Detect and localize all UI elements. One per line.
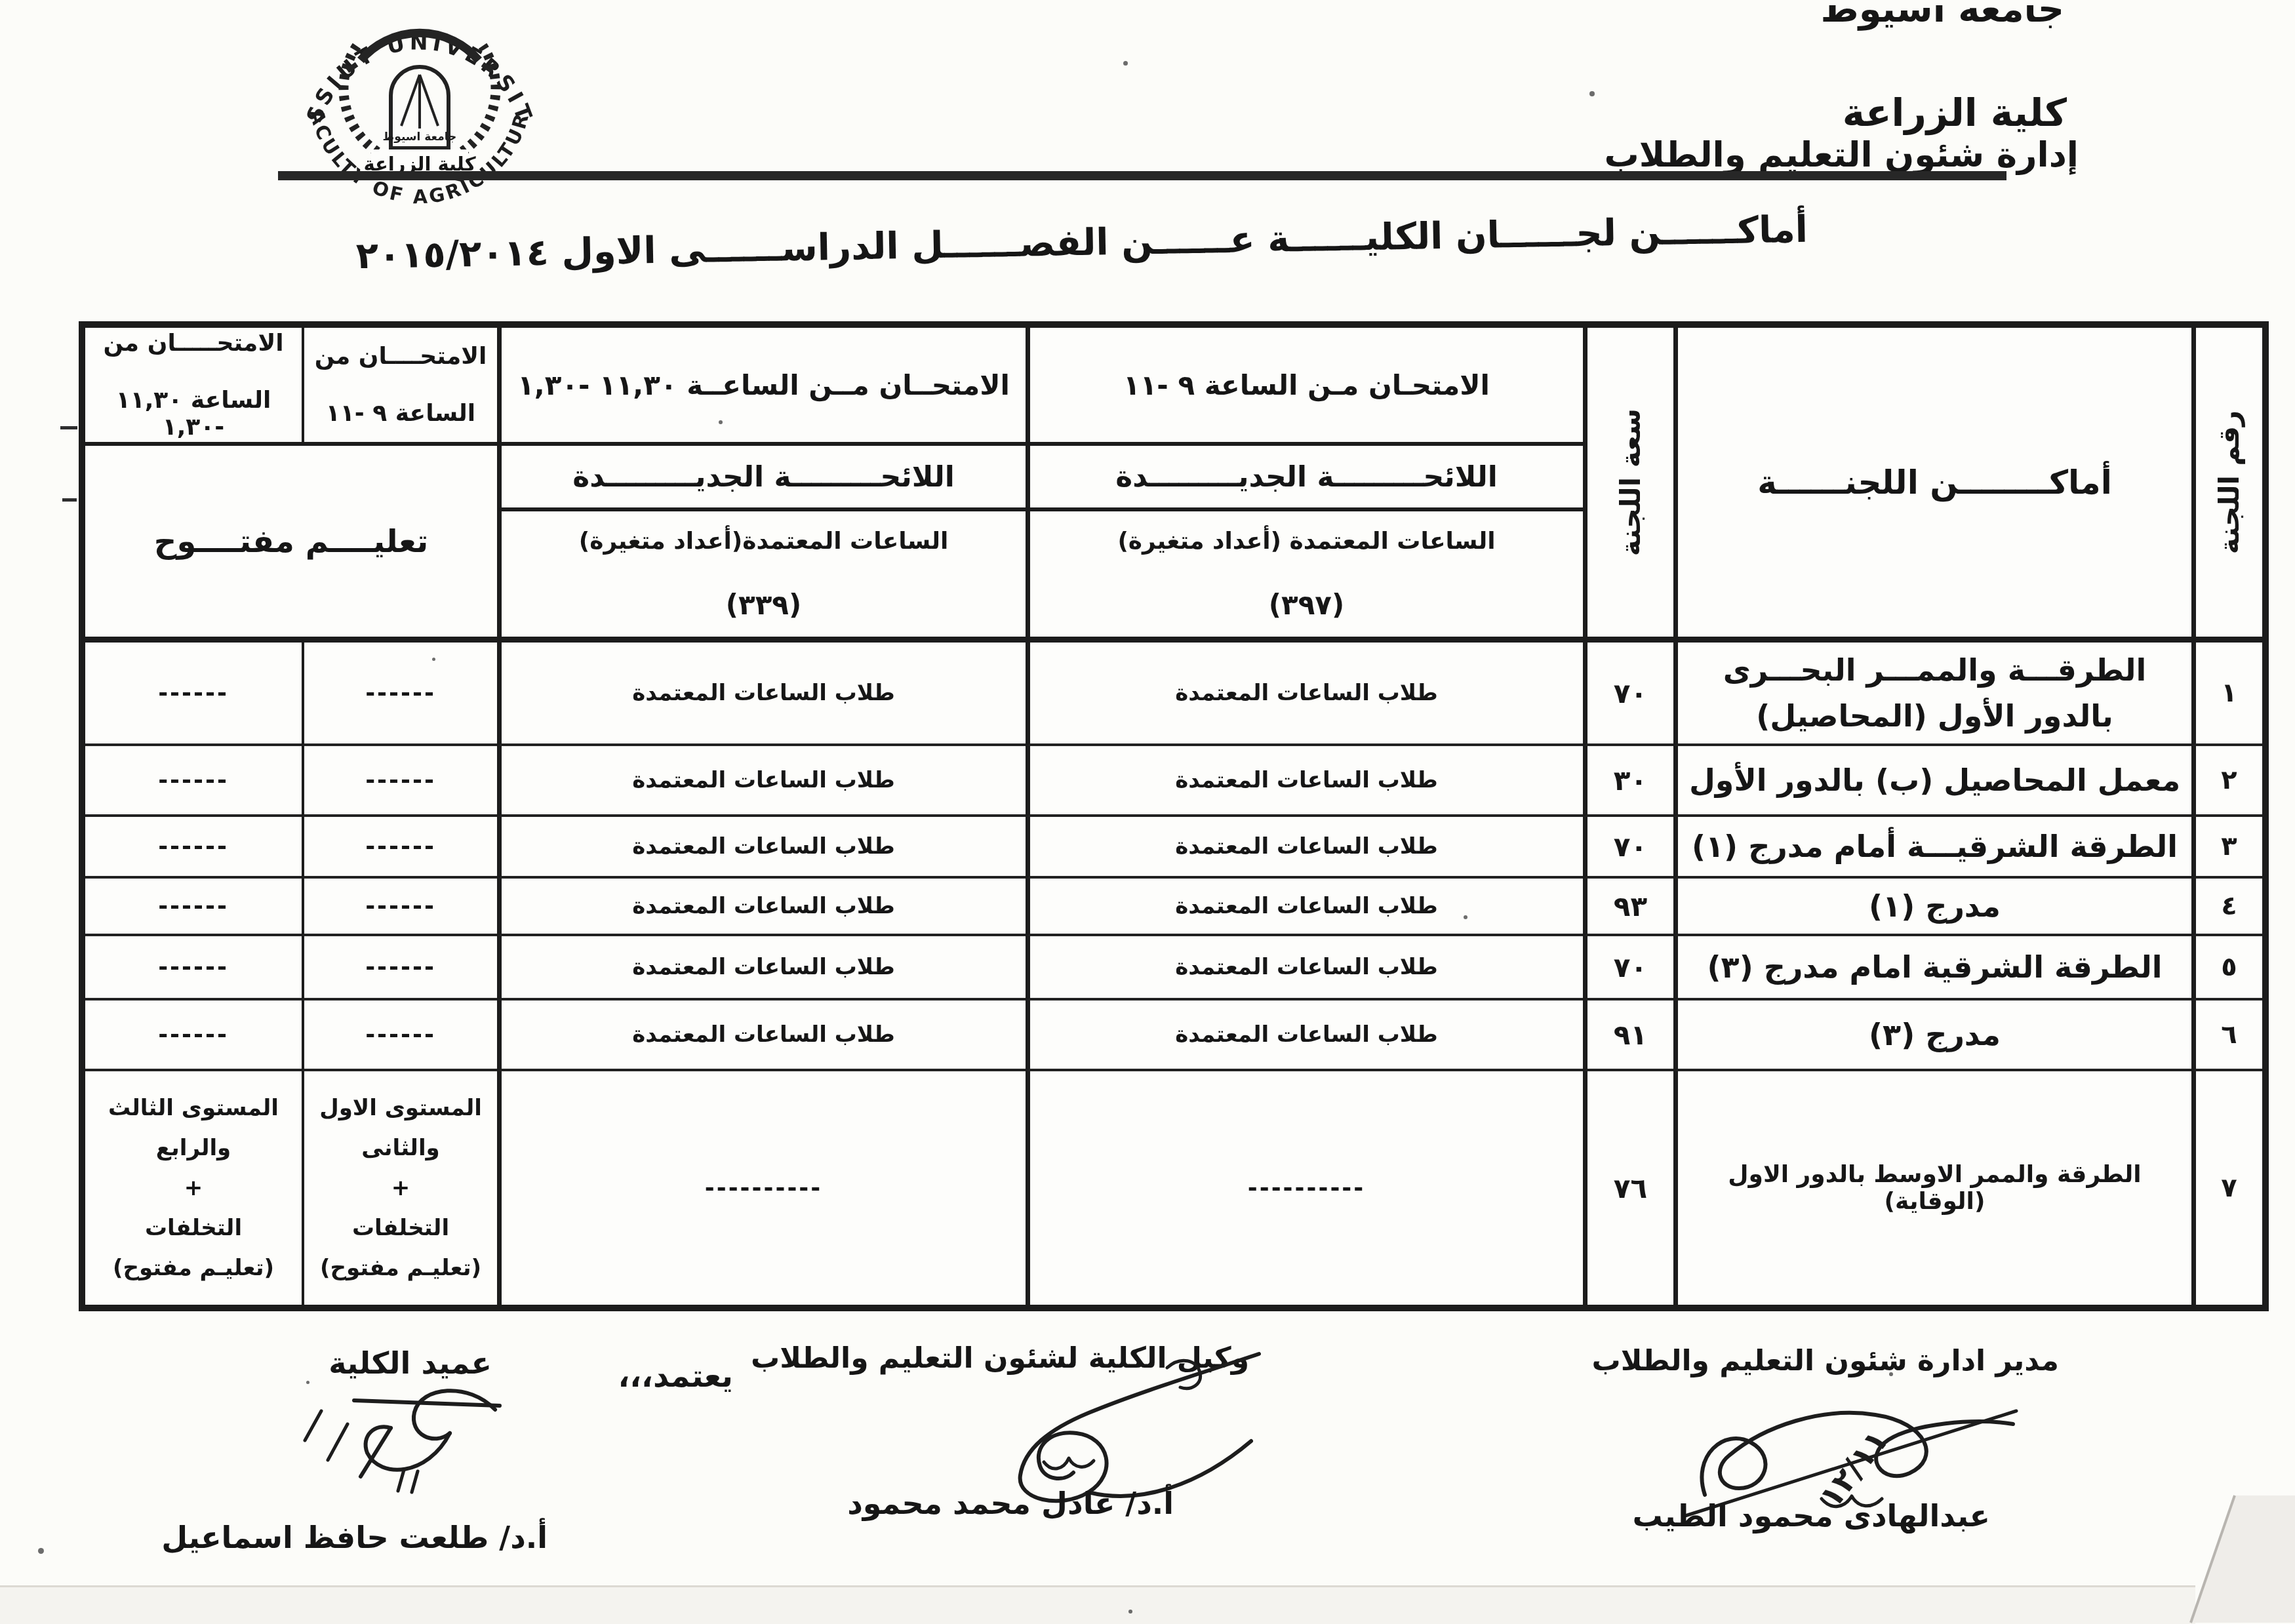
r5-no: ٥ — [2191, 936, 2262, 1000]
department-name: إدارة شئون التعليم والطلاب — [1605, 135, 2079, 175]
r7-location: الطرقة والممر الاوسط بالدور الاول (الوقا… — [1673, 1071, 2191, 1305]
page-fold-corner — [2157, 1482, 2295, 1624]
page-title: أماكــــــن لجــــــان الكليــــــة عـــ… — [289, 207, 1876, 279]
scan-speck — [1123, 61, 1128, 66]
r1-credit-339: طلاب الساعات المعتمدة — [497, 643, 1026, 746]
r7-no: ٧ — [2191, 1071, 2262, 1305]
r4-no: ٤ — [2191, 879, 2262, 936]
header-new-regulation-339: اللائحـــــــــة الجديـــــــــدة — [497, 446, 1026, 511]
r4-open-911: ------ — [302, 879, 497, 936]
faculty-name: كلية الزراعة — [1843, 90, 2067, 135]
header-exam-9-11: الامتحـان مـن الساعة ٩ -١١ — [1026, 328, 1583, 446]
r2-capacity: ٣٠ — [1583, 746, 1673, 817]
r1-open-1130: ------ — [85, 643, 302, 746]
header-open-exam-9-11: الامتحــــان من الساعة ٩ -١١ — [302, 328, 497, 446]
letterhead-university-clipped: جامعة اسيوط — [1820, 5, 2064, 43]
header-open-education: تعليــــم مفتــــوح — [85, 446, 497, 643]
scan-speck — [1589, 91, 1595, 96]
r2-open-911: ------ — [302, 746, 497, 817]
r1-open-911: ------ — [302, 643, 497, 746]
vice-dean-name: أ.د/ عادل محمد محمود — [847, 1486, 1174, 1521]
r2-no: ٢ — [2191, 746, 2262, 817]
university-name: جامعة اسيوط — [1820, 5, 2064, 31]
scan-edge-strip — [0, 1587, 2195, 1624]
arch-rays — [401, 75, 438, 129]
scan-speck — [1889, 1372, 1893, 1376]
scan-stub-mark — [62, 498, 77, 502]
r1-capacity: ٧٠ — [1583, 643, 1673, 746]
r6-capacity: ٩١ — [1583, 1000, 1673, 1071]
r5-open-1130: ------ — [85, 936, 302, 1000]
r4-capacity: ٩٣ — [1583, 879, 1673, 936]
r3-credit-397: طلاب الساعات المعتمدة — [1026, 817, 1583, 879]
dean-signature — [256, 1364, 525, 1518]
r7-credit-339: ---------- — [497, 1071, 1026, 1305]
scan-speck — [432, 658, 435, 661]
committee-locations-table: رقم اللجنة أماكــــــــن اللجنــــــة سع… — [79, 321, 2269, 1311]
r2-credit-397: طلاب الساعات المعتمدة — [1026, 746, 1583, 817]
r3-credit-339: طلاب الساعات المعتمدة — [497, 817, 1026, 879]
letterhead-rule — [278, 171, 2006, 180]
scan-speck — [1464, 915, 1467, 919]
r2-credit-339: طلاب الساعات المعتمدة — [497, 746, 1026, 817]
header-new-regulation-397: اللائحـــــــــة الجديـــــــــدة — [1026, 446, 1583, 511]
r7-capacity: ٧٦ — [1583, 1071, 1673, 1305]
header-credit-hours-397: الساعات المعتمدة (أعداد متغيرة) (٣٩٧) — [1026, 511, 1583, 643]
scanned-document-page: ASSIUT UNIVERSITY FACULTY OF AGRICULTURE… — [0, 0, 2295, 1624]
r5-location: الطرقة الشرقية امام مدرج (٣) — [1673, 936, 2191, 1000]
r5-credit-397: طلاب الساعات المعتمدة — [1026, 936, 1583, 1000]
scan-speck — [1128, 1610, 1132, 1614]
r7-open-911-levels: المستوى الاول والثانى + التخلفات (تعليـم… — [302, 1071, 497, 1305]
dean-name: أ.د/ طلعت حافظ اسماعيل — [161, 1520, 548, 1555]
r6-credit-339: طلاب الساعات المعتمدة — [497, 1000, 1026, 1071]
r4-credit-339: طلاب الساعات المعتمدة — [497, 879, 1026, 936]
r3-open-911: ------ — [302, 817, 497, 879]
header-credit-hours-339: الساعات المعتمدة(أعداد متغيرة) (٣٣٩) — [497, 511, 1026, 643]
approved-label: يعتمد،،، — [618, 1358, 733, 1395]
header-committee-capacity: سعة اللجنة — [1583, 328, 1673, 643]
manager-name: عبدالهادى محمود الطيب — [1633, 1498, 1991, 1534]
r6-location: مدرج (٣) — [1673, 1000, 2191, 1071]
r5-capacity: ٧٠ — [1583, 936, 1673, 1000]
vice-dean-signature — [892, 1344, 1272, 1508]
r3-no: ٣ — [2191, 817, 2262, 879]
logo-center-small-text: جامعة اسيوط — [383, 130, 457, 144]
manager-title: مدير ادارة شئون التعليم والطلاب — [1591, 1344, 2059, 1377]
header-exam-1130-130: الامتحــان مــن الساعــة ١١,٣٠ -١,٣٠ — [497, 328, 1026, 446]
scan-stub-mark — [60, 426, 77, 429]
r1-no: ١ — [2191, 643, 2262, 746]
r6-open-911: ------ — [302, 1000, 497, 1071]
header-committee-number: رقم اللجنة — [2191, 328, 2262, 643]
r6-no: ٦ — [2191, 1000, 2262, 1071]
scan-speck — [306, 1381, 309, 1384]
r4-credit-397: طلاب الساعات المعتمدة — [1026, 879, 1583, 936]
r3-capacity: ٧٠ — [1583, 817, 1673, 879]
header-open-exam-1130-130: الامتحـــــان من الساعة ١١,٣٠ -١,٣٠ — [85, 328, 302, 446]
scan-speck — [719, 420, 723, 424]
r2-location: معمل المحاصيل (ب) بالدور الأول — [1673, 746, 2191, 817]
r6-credit-397: طلاب الساعات المعتمدة — [1026, 1000, 1583, 1071]
scan-speck — [38, 1548, 44, 1554]
r4-open-1130: ------ — [85, 879, 302, 936]
r3-open-1130: ------ — [85, 817, 302, 879]
r7-credit-397: ---------- — [1026, 1071, 1583, 1305]
r1-credit-397: طلاب الساعات المعتمدة — [1026, 643, 1583, 746]
r2-open-1130: ------ — [85, 746, 302, 817]
r5-open-911: ------ — [302, 936, 497, 1000]
r4-location: مدرج (١) — [1673, 879, 2191, 936]
header-committee-places: أماكــــــــن اللجنــــــة — [1673, 328, 2191, 643]
r5-credit-339: طلاب الساعات المعتمدة — [497, 936, 1026, 1000]
r7-open-1130-levels: المستوى الثالث والرابع + التخلفات (تعليـ… — [85, 1071, 302, 1305]
r1-location: الطرقـــة والممـــر البحـــرى بالدور الأ… — [1673, 643, 2191, 746]
r6-open-1130: ------ — [85, 1000, 302, 1071]
r3-location: الطرقة الشرقيـــة أمام مدرج (١) — [1673, 817, 2191, 879]
